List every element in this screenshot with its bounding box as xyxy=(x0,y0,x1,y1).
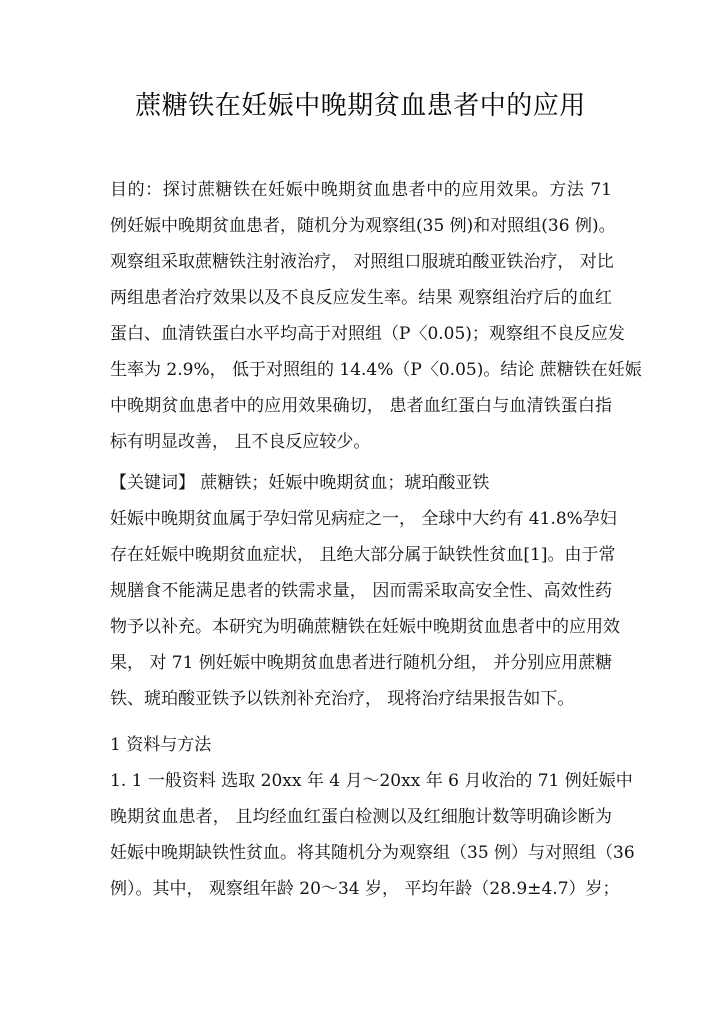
keywords-line: 【关键词】 蔗糖铁；妊娠中晚期贫血；琥珀酸亚铁 xyxy=(110,472,612,494)
abstract-line: 例妊娠中晚期贫血患者，随机分为观察组(35 例)和对照组(36 例)。 xyxy=(110,215,612,237)
intro-line: 物予以补充。本研究为明确蔗糖铁在妊娠中晚期贫血患者中的应用效 xyxy=(110,616,612,638)
section-line: 妊娠中晚期缺铁性贫血。将其随机分为观察组（35 例）与对照组（36 xyxy=(110,842,612,864)
section-line: 1. 1 一般资料 选取 20xx 年 4 月～20xx 年 6 月收治的 71… xyxy=(110,770,612,792)
intro-line: 存在妊娠中晚期贫血症状， 且绝大部分属于缺铁性贫血[1]。由于常 xyxy=(110,544,612,566)
document-title: 蔗糖铁在妊娠中晚期贫血患者中的应用 xyxy=(0,88,721,124)
abstract-line: 标有明显改善， 且不良反应较少。 xyxy=(110,431,612,453)
abstract-line: 两组患者治疗效果以及不良反应发生率。结果 观察组治疗后的血红 xyxy=(110,287,612,309)
abstract-line: 观察组采取蔗糖铁注射液治疗， 对照组口服琥珀酸亚铁治疗， 对比 xyxy=(110,251,612,273)
intro-line: 果， 对 71 例妊娠中晚期贫血患者进行随机分组， 并分别应用蔗糖 xyxy=(110,652,612,674)
abstract-line: 蛋白、血清铁蛋白水平均高于对照组（P〈0.05)；观察组不良反应发 xyxy=(110,323,612,345)
intro-line: 妊娠中晚期贫血属于孕妇常见病症之一， 全球中大约有 41.8%孕妇 xyxy=(110,508,612,530)
section-line: 晚期贫血患者， 且均经血红蛋白检测以及红细胞计数等明确诊断为 xyxy=(110,806,612,828)
abstract-line: 中晚期贫血患者中的应用效果确切， 患者血红蛋白与血清铁蛋白指 xyxy=(110,395,612,417)
abstract-line: 目的：探讨蔗糖铁在妊娠中晚期贫血患者中的应用效果。方法 71 xyxy=(110,179,612,201)
intro-line: 铁、琥珀酸亚铁予以铁剂补充治疗， 现将治疗结果报告如下。 xyxy=(110,688,612,710)
section-line: 例）。其中， 观察组年龄 20～34 岁， 平均年龄（28.9±4.7）岁； xyxy=(110,878,612,900)
intro-line: 规膳食不能满足患者的铁需求量， 因而需采取高安全性、高效性药 xyxy=(110,580,612,602)
section-heading: 1 资料与方法 xyxy=(110,734,612,756)
abstract-line: 生率为 2.9%， 低于对照组的 14.4%（P〈0.05)。结论 蔗糖铁在妊娠 xyxy=(110,359,612,381)
